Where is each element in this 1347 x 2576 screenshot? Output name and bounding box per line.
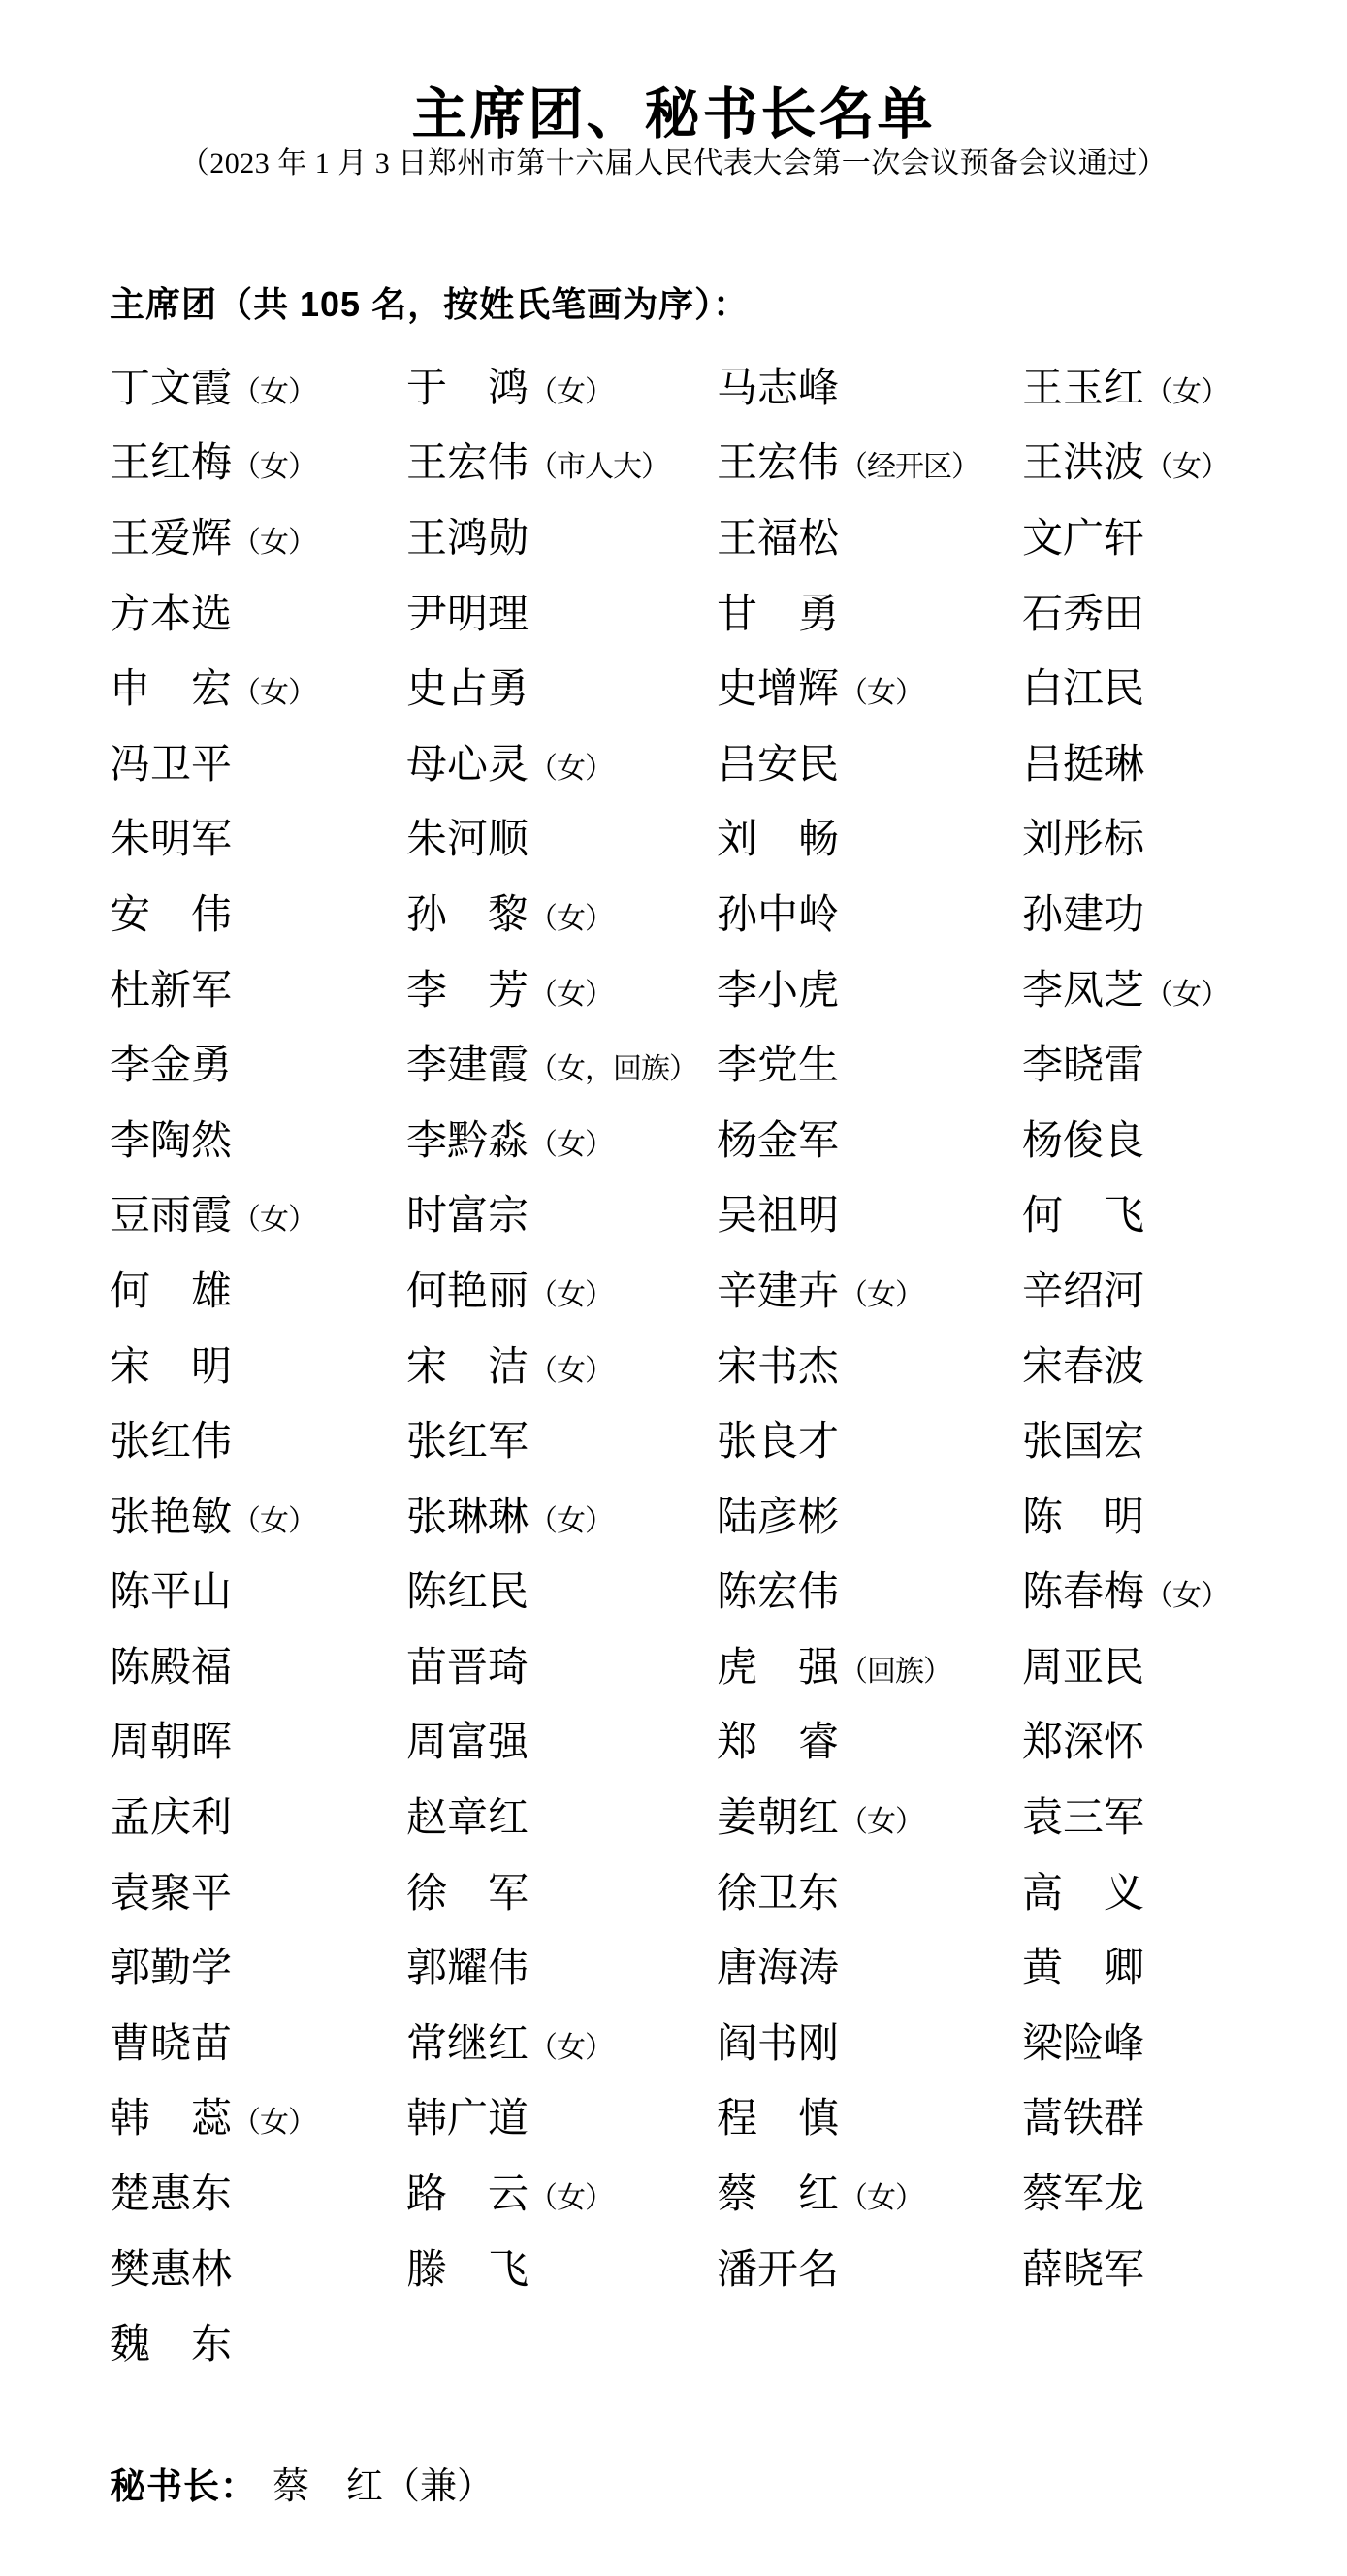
member-name-text: 吕挺琳 xyxy=(1022,743,1144,788)
member-name: 陆彦彬 xyxy=(717,1497,1022,1538)
member-name-text: 孙建功 xyxy=(1022,893,1144,938)
member-name-text: 王福松 xyxy=(717,517,839,562)
member-name-text: 李黔淼 xyxy=(406,1119,529,1164)
member-name: 孙中岭 xyxy=(717,895,1022,936)
member-name-text: 陈红民 xyxy=(406,1570,529,1615)
member-name: 蔡 红（女） xyxy=(717,2174,1022,2215)
member-name-text: 周亚民 xyxy=(1022,1646,1144,1690)
member-name-text: 方本选 xyxy=(110,593,232,637)
member-note-text: （女） xyxy=(1144,979,1229,1011)
member-name-text: 安 伟 xyxy=(110,893,232,938)
member-name: 于 鸿（女） xyxy=(406,369,717,409)
member-name-text: 袁三军 xyxy=(1022,1796,1144,1841)
member-name: 甘 勇 xyxy=(717,595,1022,635)
member-name-text: 徐 军 xyxy=(406,1872,529,1916)
member-name: 周亚民 xyxy=(1022,1648,1239,1689)
member-name-text: 王宏伟 xyxy=(717,441,839,486)
member-name-text: 尹明理 xyxy=(406,593,529,637)
member-name: 吴祖明 xyxy=(717,1196,1022,1237)
member-name: 张艳敏（女） xyxy=(110,1497,406,1538)
document-page: 主席团、秘书长名单 （2023 年 1 月 3 日郑州市第十六届人民代表大会第一… xyxy=(0,0,1347,2576)
member-name-text: 王鸿勋 xyxy=(406,517,529,562)
member-note-text: （女，回族） xyxy=(529,1053,697,1085)
member-name-text: 郑深怀 xyxy=(1022,1721,1144,1765)
member-name-text: 白江民 xyxy=(1022,667,1144,712)
member-name-text: 唐海涛 xyxy=(717,1947,839,1991)
member-name-text: 李党生 xyxy=(717,1044,839,1088)
member-name-text: 宋 洁 xyxy=(406,1345,529,1390)
member-name-text: 母心灵 xyxy=(406,743,529,788)
member-name-text: 程 慎 xyxy=(717,2097,839,2141)
member-name: 孟庆利 xyxy=(110,1798,406,1839)
member-name: 孙 黎（女） xyxy=(406,895,717,936)
member-note-text: （女） xyxy=(232,2107,316,2139)
member-name: 陈殿福 xyxy=(110,1648,406,1689)
member-name-text: 张良才 xyxy=(717,1420,839,1465)
member-name-text: 陆彦彬 xyxy=(717,1496,839,1540)
member-name-text: 张艳敏 xyxy=(110,1496,232,1540)
member-name: 王福松 xyxy=(717,519,1022,560)
member-name-text: 路 云 xyxy=(406,2173,529,2217)
member-name: 申 宏（女） xyxy=(110,669,406,710)
member-name: 樊惠林 xyxy=(110,2250,406,2291)
member-note-text: （女） xyxy=(529,1355,613,1387)
member-name: 潘开名 xyxy=(717,2250,1022,2291)
member-name-text: 张红军 xyxy=(406,1420,529,1465)
member-name: 程 慎 xyxy=(717,2099,1022,2140)
member-name: 张国宏 xyxy=(1022,1422,1239,1463)
member-name-text: 潘开名 xyxy=(717,2248,839,2293)
member-name: 刘彤标 xyxy=(1022,820,1239,860)
member-name: 白江民 xyxy=(1022,669,1239,710)
member-name-text: 吕安民 xyxy=(717,743,839,788)
member-note-text: （女） xyxy=(839,677,923,709)
member-name: 虎 强（回族） xyxy=(717,1648,1022,1689)
member-name: 宋 洁（女） xyxy=(406,1347,717,1388)
member-name-text: 吴祖明 xyxy=(717,1194,839,1239)
member-note-text: （女） xyxy=(232,677,316,709)
member-name: 陈宏伟 xyxy=(717,1572,1022,1613)
member-name-text: 杨金军 xyxy=(717,1119,839,1164)
member-name: 何 飞 xyxy=(1022,1196,1239,1237)
member-name: 薛晓军 xyxy=(1022,2250,1239,2291)
member-name-text: 郑 睿 xyxy=(717,1721,839,1765)
member-name-text: 陈殿福 xyxy=(110,1646,232,1690)
member-name-text: 朱河顺 xyxy=(406,818,529,862)
member-name: 徐 军 xyxy=(406,1874,717,1915)
member-name-text: 宋 明 xyxy=(110,1345,232,1390)
member-name-text: 孙中岭 xyxy=(717,893,839,938)
member-name-text: 豆雨霞 xyxy=(110,1194,232,1239)
member-name-text: 张琳琳 xyxy=(406,1496,529,1540)
member-name-text: 樊惠林 xyxy=(110,2248,232,2293)
member-name: 赵章红 xyxy=(406,1798,717,1839)
member-name-text: 虎 强 xyxy=(717,1646,839,1690)
member-name: 王宏伟（市人大） xyxy=(406,443,717,484)
member-name-text: 朱明军 xyxy=(110,818,232,862)
member-name: 辛绍河 xyxy=(1022,1272,1239,1312)
member-note-text: （回族） xyxy=(839,1656,951,1688)
member-name-text: 辛建卉 xyxy=(717,1270,839,1314)
member-note-text: （女） xyxy=(839,1806,923,1838)
member-name-text: 李小虎 xyxy=(717,969,839,1014)
member-name: 梁险峰 xyxy=(1022,2024,1239,2065)
member-name: 唐海涛 xyxy=(717,1948,1022,1989)
presidium-section-header: 主席团（共 105 名，按姓氏笔画为序）： xyxy=(110,277,749,327)
member-name-text: 何艳丽 xyxy=(406,1270,529,1314)
member-name: 魏 东 xyxy=(110,2325,406,2366)
member-name: 阎书刚 xyxy=(717,2024,1022,2065)
member-name: 母心灵（女） xyxy=(406,745,717,786)
member-name-text: 王洪波 xyxy=(1022,441,1144,486)
member-name: 郑 睿 xyxy=(717,1723,1022,1763)
member-name: 徐卫东 xyxy=(717,1874,1022,1915)
member-name-text: 张国宏 xyxy=(1022,1420,1144,1465)
member-note-text: （经开区） xyxy=(839,451,979,483)
member-name-text: 徐卫东 xyxy=(717,1872,839,1916)
member-note-text: （女） xyxy=(529,2032,613,2064)
member-name-text: 薛晓军 xyxy=(1022,2248,1144,2293)
page-title: 主席团、秘书长名单 xyxy=(0,70,1347,149)
member-name-text: 张红伟 xyxy=(110,1420,232,1465)
member-note-text: （女） xyxy=(529,1505,613,1537)
member-name-text: 王红梅 xyxy=(110,441,232,486)
member-name-text: 梁险峰 xyxy=(1022,2022,1144,2067)
member-note-text: （女） xyxy=(839,1279,923,1311)
member-name: 郑深怀 xyxy=(1022,1723,1239,1763)
member-name-text: 辛绍河 xyxy=(1022,1270,1144,1314)
member-name: 郭耀伟 xyxy=(406,1948,717,1989)
member-name-text: 赵章红 xyxy=(406,1796,529,1841)
member-note-text: （市人大） xyxy=(529,451,669,483)
member-name: 路 云（女） xyxy=(406,2174,717,2215)
member-name-text: 甘 勇 xyxy=(717,593,839,637)
member-name: 滕 飞 xyxy=(406,2250,717,2291)
member-name: 杨金军 xyxy=(717,1121,1022,1162)
member-note-text: （女） xyxy=(1144,376,1229,408)
member-name-text: 高 义 xyxy=(1022,1872,1144,1916)
approval-subtitle: （2023 年 1 月 3 日郑州市第十六届人民代表大会第一次会议预备会议通过） xyxy=(0,139,1347,181)
member-name: 李党生 xyxy=(717,1046,1022,1086)
member-name-text: 周朝晖 xyxy=(110,1721,232,1765)
member-name-text: 文广轩 xyxy=(1022,517,1144,562)
member-name-text: 陈宏伟 xyxy=(717,1570,839,1615)
member-name: 王洪波（女） xyxy=(1022,443,1239,484)
member-name-text: 何 飞 xyxy=(1022,1194,1144,1239)
member-name-text: 阎书刚 xyxy=(717,2022,839,2067)
member-note-text: （女） xyxy=(529,376,613,408)
member-name: 韩广道 xyxy=(406,2099,717,2140)
member-name-text: 黄 卿 xyxy=(1022,1947,1144,1991)
secretary-label: 秘书长： xyxy=(110,2466,257,2506)
member-name: 姜朝红（女） xyxy=(717,1798,1022,1839)
member-name-text: 蔡军龙 xyxy=(1022,2173,1144,2217)
member-name: 史增辉（女） xyxy=(717,669,1022,710)
member-name-text: 曹晓苗 xyxy=(110,2022,232,2067)
member-name: 周富强 xyxy=(406,1723,717,1763)
member-note-text: （女） xyxy=(529,979,613,1011)
member-name-text: 宋春波 xyxy=(1022,1345,1144,1390)
member-name: 高 义 xyxy=(1022,1874,1239,1915)
member-note-text: （女） xyxy=(232,376,316,408)
member-name: 王玉红（女） xyxy=(1022,369,1239,409)
member-name-text: 郭耀伟 xyxy=(406,1947,529,1991)
member-note-text: （女） xyxy=(232,451,316,483)
member-name: 袁聚平 xyxy=(110,1874,406,1915)
member-name-text: 蒿铁群 xyxy=(1022,2097,1144,2141)
member-name-text: 韩广道 xyxy=(406,2097,529,2141)
member-name-text: 冯卫平 xyxy=(110,743,232,788)
member-name: 宋 明 xyxy=(110,1347,406,1388)
member-name-text: 郭勤学 xyxy=(110,1947,232,1991)
member-name: 王宏伟（经开区） xyxy=(717,443,1022,484)
member-name-text: 常继红 xyxy=(406,2022,529,2067)
member-name: 丁文霞（女） xyxy=(110,369,406,409)
member-name: 吕挺琳 xyxy=(1022,745,1239,786)
member-name-text: 魏 东 xyxy=(110,2323,232,2367)
member-name: 张琳琳（女） xyxy=(406,1497,717,1538)
member-name: 冯卫平 xyxy=(110,745,406,786)
secretary-line: 秘书长：蔡 红（兼） xyxy=(110,2456,494,2509)
member-name: 杜新军 xyxy=(110,971,406,1012)
member-name-text: 马志峰 xyxy=(717,367,839,411)
member-name-text: 何 雄 xyxy=(110,1270,232,1314)
member-name-text: 李凤芝 xyxy=(1022,969,1144,1014)
member-name-text: 王玉红 xyxy=(1022,367,1144,411)
member-name-text: 滕 飞 xyxy=(406,2248,529,2293)
member-name: 陈春梅（女） xyxy=(1022,1572,1239,1613)
member-name-text: 李金勇 xyxy=(110,1044,232,1088)
member-name-text: 李建霞 xyxy=(406,1044,529,1088)
member-note-text: （女） xyxy=(839,2182,923,2214)
member-name: 时富宗 xyxy=(406,1196,717,1237)
member-name: 王红梅（女） xyxy=(110,443,406,484)
member-name-text: 石秀田 xyxy=(1022,593,1144,637)
member-name: 陈 明 xyxy=(1022,1497,1239,1538)
members-grid: 丁文霞（女） 于 鸿（女） 马志峰 王玉红（女） 王红梅（女） 王宏伟（市人大）… xyxy=(110,351,1239,2383)
member-note-text: （女） xyxy=(529,753,613,785)
member-name: 李 芳（女） xyxy=(406,971,717,1012)
member-name: 马志峰 xyxy=(717,369,1022,409)
member-note-text: （女） xyxy=(529,2182,613,2214)
member-name: 楚惠东 xyxy=(110,2174,406,2215)
member-name: 朱明军 xyxy=(110,820,406,860)
member-name-text: 于 鸿 xyxy=(406,367,529,411)
member-name: 王鸿勋 xyxy=(406,519,717,560)
member-name: 宋书杰 xyxy=(717,1347,1022,1388)
member-name-text: 陈春梅 xyxy=(1022,1570,1144,1615)
member-name: 张红军 xyxy=(406,1422,717,1463)
member-name: 韩 蕊（女） xyxy=(110,2099,406,2140)
member-name: 石秀田 xyxy=(1022,595,1239,635)
member-name-text: 宋书杰 xyxy=(717,1345,839,1390)
member-note-text: （女） xyxy=(1144,1580,1229,1612)
member-name-text: 韩 蕊 xyxy=(110,2097,232,2141)
member-name: 张良才 xyxy=(717,1422,1022,1463)
member-name-text: 袁聚平 xyxy=(110,1872,232,1916)
member-name-text: 陈 明 xyxy=(1022,1496,1144,1540)
member-name: 尹明理 xyxy=(406,595,717,635)
member-name: 陈平山 xyxy=(110,1572,406,1613)
member-name: 宋春波 xyxy=(1022,1347,1239,1388)
member-name: 文广轩 xyxy=(1022,519,1239,560)
member-name-text: 杜新军 xyxy=(110,969,232,1014)
member-name-text: 陈平山 xyxy=(110,1570,232,1615)
member-name: 常继红（女） xyxy=(406,2024,717,2065)
member-note-text: （女） xyxy=(529,903,613,935)
member-name: 曹晓苗 xyxy=(110,2024,406,2065)
member-name: 黄 卿 xyxy=(1022,1948,1239,1989)
member-note-text: （女） xyxy=(232,1204,316,1236)
member-name-text: 李 芳 xyxy=(406,969,529,1014)
member-name-text: 姜朝红 xyxy=(717,1796,839,1841)
member-name: 张红伟 xyxy=(110,1422,406,1463)
member-name: 何 雄 xyxy=(110,1272,406,1312)
secretary-name: 蔡 红 xyxy=(273,2466,383,2507)
member-name-text: 史增辉 xyxy=(717,667,839,712)
member-name: 袁三军 xyxy=(1022,1798,1239,1839)
member-name-text: 蔡 红 xyxy=(717,2173,839,2217)
member-name: 何艳丽（女） xyxy=(406,1272,717,1312)
member-name: 陈红民 xyxy=(406,1572,717,1613)
member-name-text: 时富宗 xyxy=(406,1194,529,1239)
member-name: 孙建功 xyxy=(1022,895,1239,936)
member-name-text: 史占勇 xyxy=(406,667,529,712)
member-name-text: 王爱辉 xyxy=(110,517,232,562)
member-name: 李金勇 xyxy=(110,1046,406,1086)
member-name: 王爱辉（女） xyxy=(110,519,406,560)
member-name-text: 苗晋琦 xyxy=(406,1646,529,1690)
member-name-text: 周富强 xyxy=(406,1721,529,1765)
member-name-text: 王宏伟 xyxy=(406,441,529,486)
member-name: 吕安民 xyxy=(717,745,1022,786)
member-name-text: 刘彤标 xyxy=(1022,818,1144,862)
member-name: 刘 畅 xyxy=(717,820,1022,860)
member-name: 蔡军龙 xyxy=(1022,2174,1239,2215)
member-name: 李小虎 xyxy=(717,971,1022,1012)
member-name: 豆雨霞（女） xyxy=(110,1196,406,1237)
member-name: 李凤芝（女） xyxy=(1022,971,1239,1012)
member-name: 蒿铁群 xyxy=(1022,2099,1239,2140)
member-name-text: 丁文霞 xyxy=(110,367,232,411)
member-note-text: （女） xyxy=(1144,451,1229,483)
member-note-text: （女） xyxy=(232,1505,316,1537)
member-name: 李建霞（女，回族） xyxy=(406,1046,717,1086)
member-name-text: 刘 畅 xyxy=(717,818,839,862)
member-name: 辛建卉（女） xyxy=(717,1272,1022,1312)
member-name: 苗晋琦 xyxy=(406,1648,717,1689)
member-name-text: 杨俊良 xyxy=(1022,1119,1144,1164)
member-note-text: （女） xyxy=(232,527,316,559)
member-name-text: 李陶然 xyxy=(110,1119,232,1164)
member-note-text: （女） xyxy=(529,1279,613,1311)
member-name: 周朝晖 xyxy=(110,1723,406,1763)
member-name-text: 李晓雷 xyxy=(1022,1044,1144,1088)
member-name: 杨俊良 xyxy=(1022,1121,1239,1162)
member-name: 李陶然 xyxy=(110,1121,406,1162)
member-name: 李晓雷 xyxy=(1022,1046,1239,1086)
secretary-note: （兼） xyxy=(383,2466,494,2507)
member-name-text: 申 宏 xyxy=(110,667,232,712)
member-name-text: 孙 黎 xyxy=(406,893,529,938)
member-name: 方本选 xyxy=(110,595,406,635)
member-name: 郭勤学 xyxy=(110,1948,406,1989)
member-note-text: （女） xyxy=(529,1129,613,1161)
member-name-text: 楚惠东 xyxy=(110,2173,232,2217)
member-name-text: 孟庆利 xyxy=(110,1796,232,1841)
member-name: 朱河顺 xyxy=(406,820,717,860)
member-name: 安 伟 xyxy=(110,895,406,936)
member-name: 史占勇 xyxy=(406,669,717,710)
member-name: 李黔淼（女） xyxy=(406,1121,717,1162)
